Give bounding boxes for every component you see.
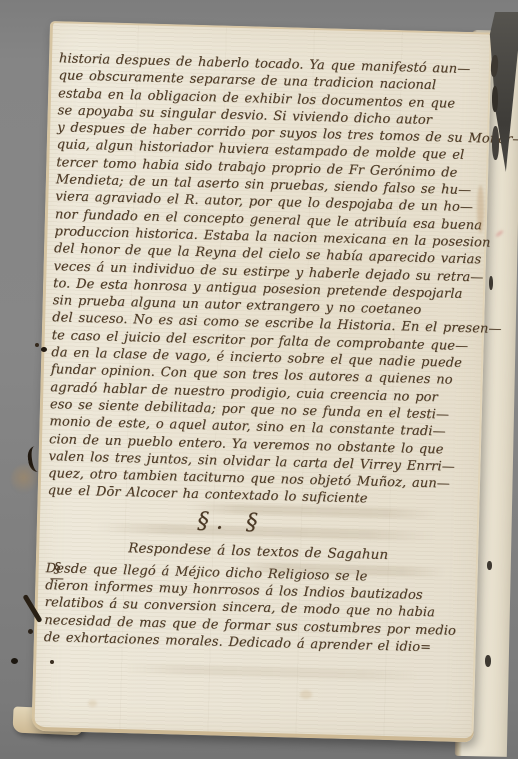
edge-dark-spot — [492, 126, 499, 160]
edge-dark-spot — [492, 86, 498, 112]
margin-ink-dot — [41, 347, 47, 352]
ink-stain — [11, 464, 39, 494]
foxing-spot — [300, 690, 312, 699]
margin-section-symbol: § — [50, 560, 64, 580]
margin-ink-dot — [35, 343, 39, 347]
manuscript-page: historia despues de haberlo tocado. Ya q… — [31, 21, 491, 742]
margin-ink-dot — [50, 660, 54, 664]
margin-ink-dot — [28, 629, 33, 634]
photograph-of-manuscript: { "photo": { "backdrop_color": "#828282"… — [0, 0, 518, 759]
edge-dark-spot — [485, 655, 491, 667]
show-through-ghost — [123, 663, 423, 681]
foxing-spot — [88, 700, 97, 707]
second-paragraph: § Desde que llegó á Méjico dicho Religio… — [44, 560, 470, 658]
edge-dark-spot — [487, 561, 492, 570]
edge-dark-spot — [489, 276, 493, 290]
foxing-streak — [477, 185, 484, 233]
margin-ink-dot — [11, 658, 18, 664]
page-text: historia despues de haberlo tocado. Ya q… — [44, 50, 483, 657]
